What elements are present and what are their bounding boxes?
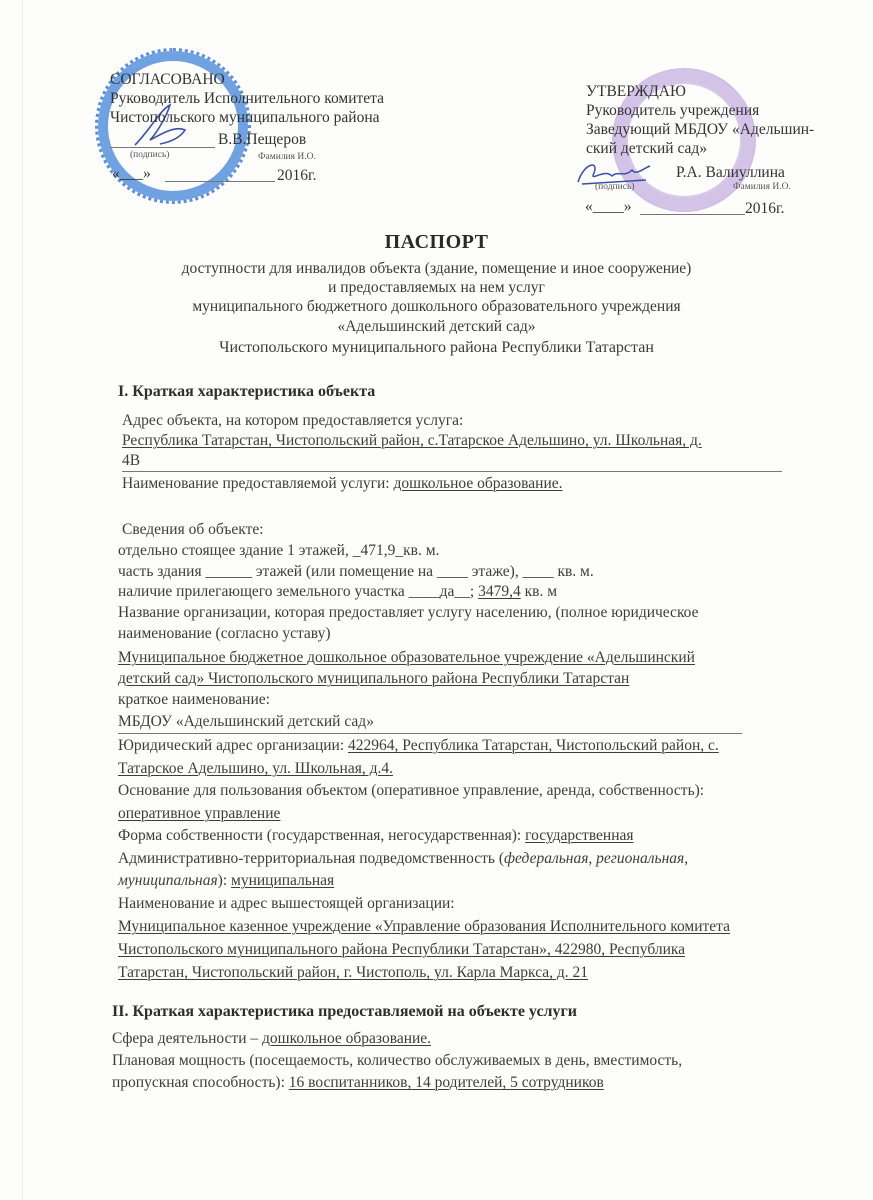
title-line-4: «Адельшинский детский сад» [0, 318, 873, 336]
building-line: отдельно стоящее здание 1 этажей, _471,9… [118, 542, 439, 560]
sphere-value: дошкольное образование. [262, 1030, 431, 1047]
org-label-2: наименование (согласно уставу) [118, 625, 331, 643]
org-value-1: Муниципальное бюджетное дошкольное образ… [118, 649, 695, 667]
date-line-right [640, 214, 745, 215]
capacity-label-1: Плановая мощность (посещаемость, количес… [112, 1052, 682, 1070]
capacity-value: 16 воспитанников, 14 родителей, 5 сотруд… [289, 1074, 604, 1091]
section-2-heading: II. Краткая характеристика предоставляем… [112, 1003, 577, 1021]
approval-left-line1: Руководитель Исполнительного комитета [110, 89, 384, 108]
org-value-2: детский сад» Чистопольского муниципально… [118, 670, 629, 688]
part-line: часть здания ______ этажей (или помещени… [118, 563, 594, 581]
admin-value: муниципальная [231, 872, 334, 889]
approval-left-name: В.В.Пещеров [218, 130, 306, 149]
land-value: ____да__ [409, 583, 470, 600]
land-area: 3479,4 [478, 583, 521, 600]
title-line-2: и предоставляемых на нем услуг [0, 279, 873, 297]
approval-right-heading: УТВЕРЖДАЮ [586, 82, 686, 101]
address-underline [122, 471, 782, 472]
building-area: _471,9_ [353, 542, 403, 559]
admin-label-end: ): [218, 872, 231, 889]
approval-left-date-quote: «___» [112, 164, 151, 183]
service-label: Наименование предоставляемой услуги: [122, 475, 393, 492]
short-name-label: краткое наименование: [118, 691, 270, 709]
parent-org-value-1: Муниципальное казенное учреждение «Управ… [118, 918, 730, 936]
approval-right-name-caption: Фамилия И.О. [733, 182, 791, 192]
admin-options-2: муниципальная [118, 872, 218, 889]
date-line-left [165, 181, 275, 182]
capacity-label-2: пропускная способность): [112, 1074, 289, 1091]
org-label-1: Название организации, которая предоставл… [118, 604, 699, 622]
section-1-heading: I. Краткая характеристика объекта [118, 383, 375, 401]
ownership-value: государственная [525, 827, 633, 844]
approval-right-line3: ский детский сад» [586, 139, 707, 158]
approval-right-name: Р.А. Валиуллина [676, 163, 785, 182]
address-label: Адрес объекта, на котором предоставляетс… [122, 412, 463, 430]
legal-address-label: Юридический адрес организации: [118, 737, 348, 754]
land-line: наличие прилегающего земельного участка … [118, 583, 557, 601]
service-value: дошкольное образование. [393, 475, 562, 492]
short-name-value: МБДОУ «Адельшинский детский сад» [118, 713, 374, 731]
approval-right-line1: Руководитель учреждения [586, 101, 759, 120]
legal-address-line-1: Юридический адрес организации: 422964, Р… [118, 737, 719, 755]
parent-org-value-3: Татарстан, Чистопольский район, г. Чисто… [118, 964, 588, 982]
address-value-2: 4В [122, 452, 140, 470]
building-text: отдельно стоящее здание 1 этажей, [118, 542, 353, 559]
signature-line-left [110, 147, 215, 148]
approval-right-date-quote: «____» [585, 197, 632, 216]
approval-left-year: 2016г. [277, 166, 316, 185]
legal-address-value-1: 422964, Республика Татарстан, Чистопольс… [348, 737, 719, 754]
approval-left-sig-caption: (подпись) [130, 150, 169, 160]
document-title: ПАСПОРТ [0, 231, 873, 254]
sphere-label: Сфера деятельности – [112, 1030, 262, 1047]
land-separator: ; [470, 583, 478, 600]
legal-address-value-2: Татарское Адельшино, ул. Школьная, д.4. [118, 760, 393, 778]
page-edge [22, 0, 23, 1200]
basis-label: Основание для пользования объектом (опер… [118, 782, 704, 800]
capacity-line-2: пропускная способность): 16 воспитаннико… [112, 1074, 604, 1092]
short-name-underline [118, 733, 742, 734]
title-line-3: муниципального бюджетного дошкольного об… [0, 298, 873, 316]
parent-org-value-2: Чистопольского муниципального района Рес… [118, 941, 685, 959]
approval-left-name-caption: Фамилия И.О. [258, 152, 316, 162]
approval-right-year: 2016г. [745, 199, 784, 218]
parent-org-label: Наименование и адрес вышестоящей организ… [118, 895, 455, 913]
ownership-label: Форма собственности (государственная, не… [118, 827, 525, 844]
admin-line-2: муниципальная): муниципальная [118, 872, 334, 890]
title-line-1: доступности для инвалидов объекта (здани… [0, 260, 873, 278]
admin-label: Административно-территориальная подведом… [118, 850, 504, 867]
approval-left-line2: Чистопольского муниципального района [110, 108, 380, 127]
ownership-line: Форма собственности (государственная, не… [118, 827, 634, 845]
admin-line-1: Административно-территориальная подведом… [118, 850, 688, 868]
basis-value: оперативное управление [118, 805, 280, 823]
building-unit: кв. м. [403, 542, 439, 559]
info-label: Сведения об объекте: [122, 521, 264, 539]
title-line-5: Чистопольского муниципального района Рес… [0, 339, 873, 357]
approval-right-line2: Заведующий МБДОУ «Адельшин- [586, 120, 814, 139]
admin-options-1: федеральная, региональная, [504, 850, 688, 867]
land-text: наличие прилегающего земельного участка [118, 583, 409, 600]
sphere-line: Сфера деятельности – дошкольное образова… [112, 1030, 431, 1048]
approval-left-heading: СОГЛАСОВАНО [110, 70, 225, 89]
land-unit: кв. м [521, 583, 557, 600]
approval-right-sig-caption: (подпись) [595, 182, 634, 192]
service-line: Наименование предоставляемой услуги: дош… [122, 475, 563, 493]
address-value-1: Республика Татарстан, Чистопольский райо… [122, 432, 702, 450]
